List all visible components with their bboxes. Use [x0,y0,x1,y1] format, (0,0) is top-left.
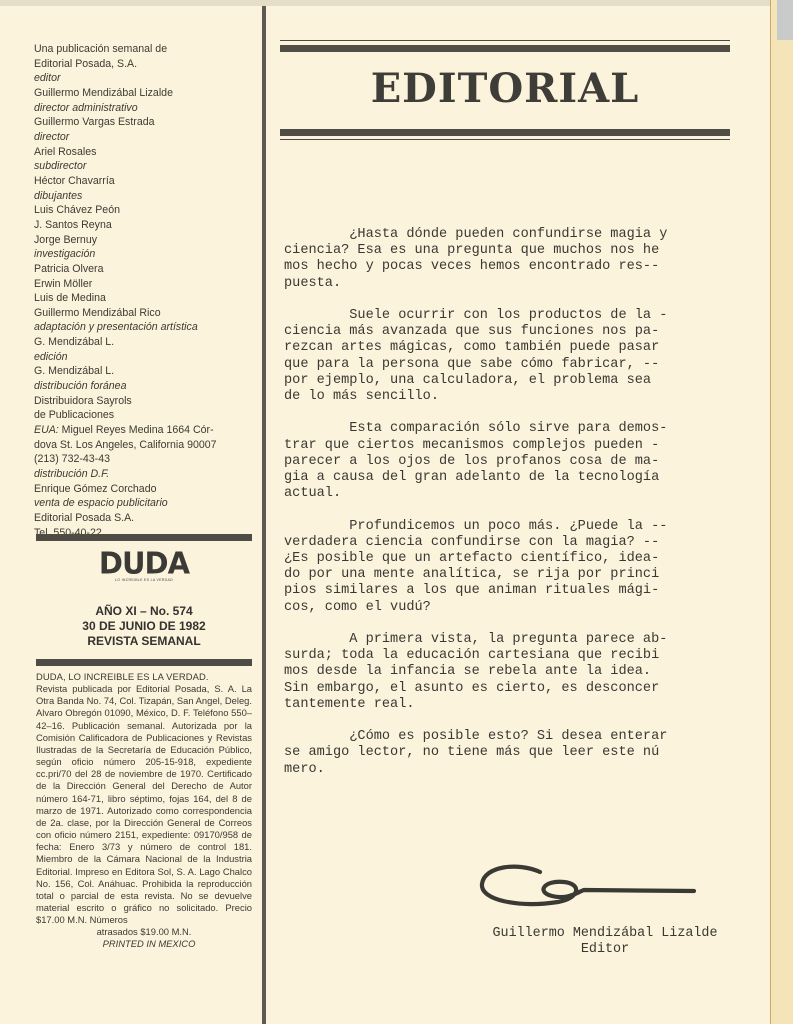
legal-heading: DUDA, LO INCREIBLE ES LA VERDAD. [36,671,252,683]
text-line: trar que ciertos mecanismos complejos pu… [284,438,734,454]
column-divider [262,6,266,1024]
credit-role: edición [34,350,254,365]
text-line: surda; toda la educación cartesiana que … [284,648,734,664]
editorial-paragraph: Profundicemos un poco más. ¿Puede la --v… [284,519,734,616]
credit-name: Héctor Chavarría [34,174,254,189]
issue-volume: AÑO XI – No. 574 [36,604,252,619]
credit-name: Distribuidora Sayrols [34,394,254,409]
credit-name: J. Santos Reyna [34,218,254,233]
editorial-body: ¿Hasta dónde pueden confundirse magia yc… [284,227,734,794]
credit-name: Guillermo Vargas Estrada [34,115,254,130]
title-rule-thin-top [280,40,730,41]
title-rule-thick-bottom [280,129,730,136]
masthead-divider-bottom [36,659,252,666]
text-line: se amigo lector, no tiene más que leer e… [284,745,734,761]
signer-name: Guillermo Mendizábal Lizalde [440,926,770,942]
editorial-paragraph: Esta comparación sólo sirve para demos-t… [284,421,734,502]
masthead-credits: Una publicación semanal deEditorial Posa… [34,42,254,540]
credit-role: editor [34,71,254,86]
credit-name: Luis Chávez Peón [34,203,254,218]
title-rule-thin-bottom [280,139,730,140]
printed-in-mexico: PRINTED IN MEXICO [46,938,252,950]
signer-role: Editor [440,942,770,958]
editorial-paragraph: ¿Hasta dónde pueden confundirse magia yc… [284,227,734,292]
credit-role: adaptación y presentación artística [34,320,254,335]
text-line: gia a causa del gran adelanto de la tecn… [284,470,734,486]
credit-role: distribución foránea [34,379,254,394]
text-line: actual. [284,486,734,502]
text-line: mos desde la infancia se rebela ante la … [284,664,734,680]
text-line: que para la persona que sabe cómo fabric… [284,357,734,373]
credit-role: dibujantes [34,189,254,204]
credit-name: Guillermo Mendizábal Rico [34,306,254,321]
editorial-paragraph: Suele ocurrir con los productos de la -c… [284,308,734,405]
legal-notice: DUDA, LO INCREIBLE ES LA VERDAD. Revista… [36,671,252,951]
credit-role: subdirector [34,159,254,174]
page-right-edge [770,0,793,1024]
credit-name: Erwin Möller [34,277,254,292]
text-line: puesta. [284,276,734,292]
text-line: tantemente real. [284,697,734,713]
text-line: cos, como el vudú? [284,600,734,616]
text-line: Profundicemos un poco más. ¿Puede la -- [284,519,734,535]
text-line: ¿Hasta dónde pueden confundirse magia y [284,227,734,243]
text-line: de lo más sencillo. [284,389,734,405]
credit-name: Enrique Gómez Corchado [34,482,254,497]
issue-type: REVISTA SEMANAL [36,634,252,649]
text-line: ¿Cómo es posible esto? Si desea enterar [284,729,734,745]
title-rule-thick-top [280,45,730,52]
text-line: do por una mente analítica, se rija por … [284,567,734,583]
legal-back-issue-price: atrasados $19.00 M.N. [36,926,252,938]
legal-body: Revista publicada por Editorial Posada, … [36,683,252,926]
credit-name: Editorial Posada S.A. [34,511,254,526]
text-line: parecer a los ojos de los profanos cosa … [284,454,734,470]
credit-name: EUA: Miguel Reyes Medina 1664 Cór- [34,423,254,438]
credit-name: Luis de Medina [34,291,254,306]
text-line: A primera vista, la pregunta parece ab- [284,632,734,648]
text-line: Suele ocurrir con los productos de la - [284,308,734,324]
credit-role: investigación [34,247,254,262]
credit-name: Ariel Rosales [34,145,254,160]
text-line: por ejemplo, una calculadora, el problem… [284,373,734,389]
signer-block: Guillermo Mendizábal Lizalde Editor [440,926,770,958]
text-line: rezcan artes mágicas, como también puede… [284,340,734,356]
credit-role: venta de espacio publicitario [34,496,254,511]
signature-mark [478,858,698,918]
text-line: mos hecho y pocas veces hemos encontrado… [284,259,734,275]
credit-name: de Publicaciones [34,408,254,423]
credit-name: Una publicación semanal de [34,42,254,57]
credit-name: dova St. Los Angeles, California 90007 [34,438,254,453]
logo-wordmark: DUDA [36,547,252,579]
masthead-divider-top [36,534,252,541]
scan-top-edge [0,0,793,6]
credit-role: director [34,130,254,145]
text-line: verdadera ciencia confundirse con la mag… [284,535,734,551]
credit-role: director administrativo [34,101,254,116]
editorial-paragraph: ¿Cómo es posible esto? Si desea enterars… [284,729,734,778]
text-line: pios similares a los que animan rituales… [284,583,734,599]
duda-logo: DUDA LO INCREIBLE ES LA VERDAD [36,548,252,583]
editorial-title: EDITORIAL [280,66,730,112]
credit-name: (213) 732-43-43 [34,452,254,467]
credit-role: distribución D.F. [34,467,254,482]
issue-info: AÑO XI – No. 574 30 DE JUNIO DE 1982 REV… [36,604,252,649]
text-line: ciencia más avanzada que sus funciones n… [284,324,734,340]
credit-name: G. Mendizábal L. [34,335,254,350]
editorial-paragraph: A primera vista, la pregunta parece ab-s… [284,632,734,713]
credit-name: Guillermo Mendizábal Lizalde [34,86,254,101]
text-line: ¿Es posible que un artefacto científico,… [284,551,734,567]
scan-corner [777,0,793,40]
text-line: mero. [284,762,734,778]
issue-date: 30 DE JUNIO DE 1982 [36,619,252,634]
credit-name: Jorge Bernuy [34,233,254,248]
text-line: Sin embargo, el asunto es cierto, es des… [284,681,734,697]
credit-name: Editorial Posada, S.A. [34,57,254,72]
magazine-page: Una publicación semanal deEditorial Posa… [0,0,793,1024]
text-line: Esta comparación sólo sirve para demos- [284,421,734,437]
credit-name: Patricia Olvera [34,262,254,277]
credit-name: G. Mendizábal L. [34,364,254,379]
text-line: ciencia? Esa es una pregunta que muchos … [284,243,734,259]
